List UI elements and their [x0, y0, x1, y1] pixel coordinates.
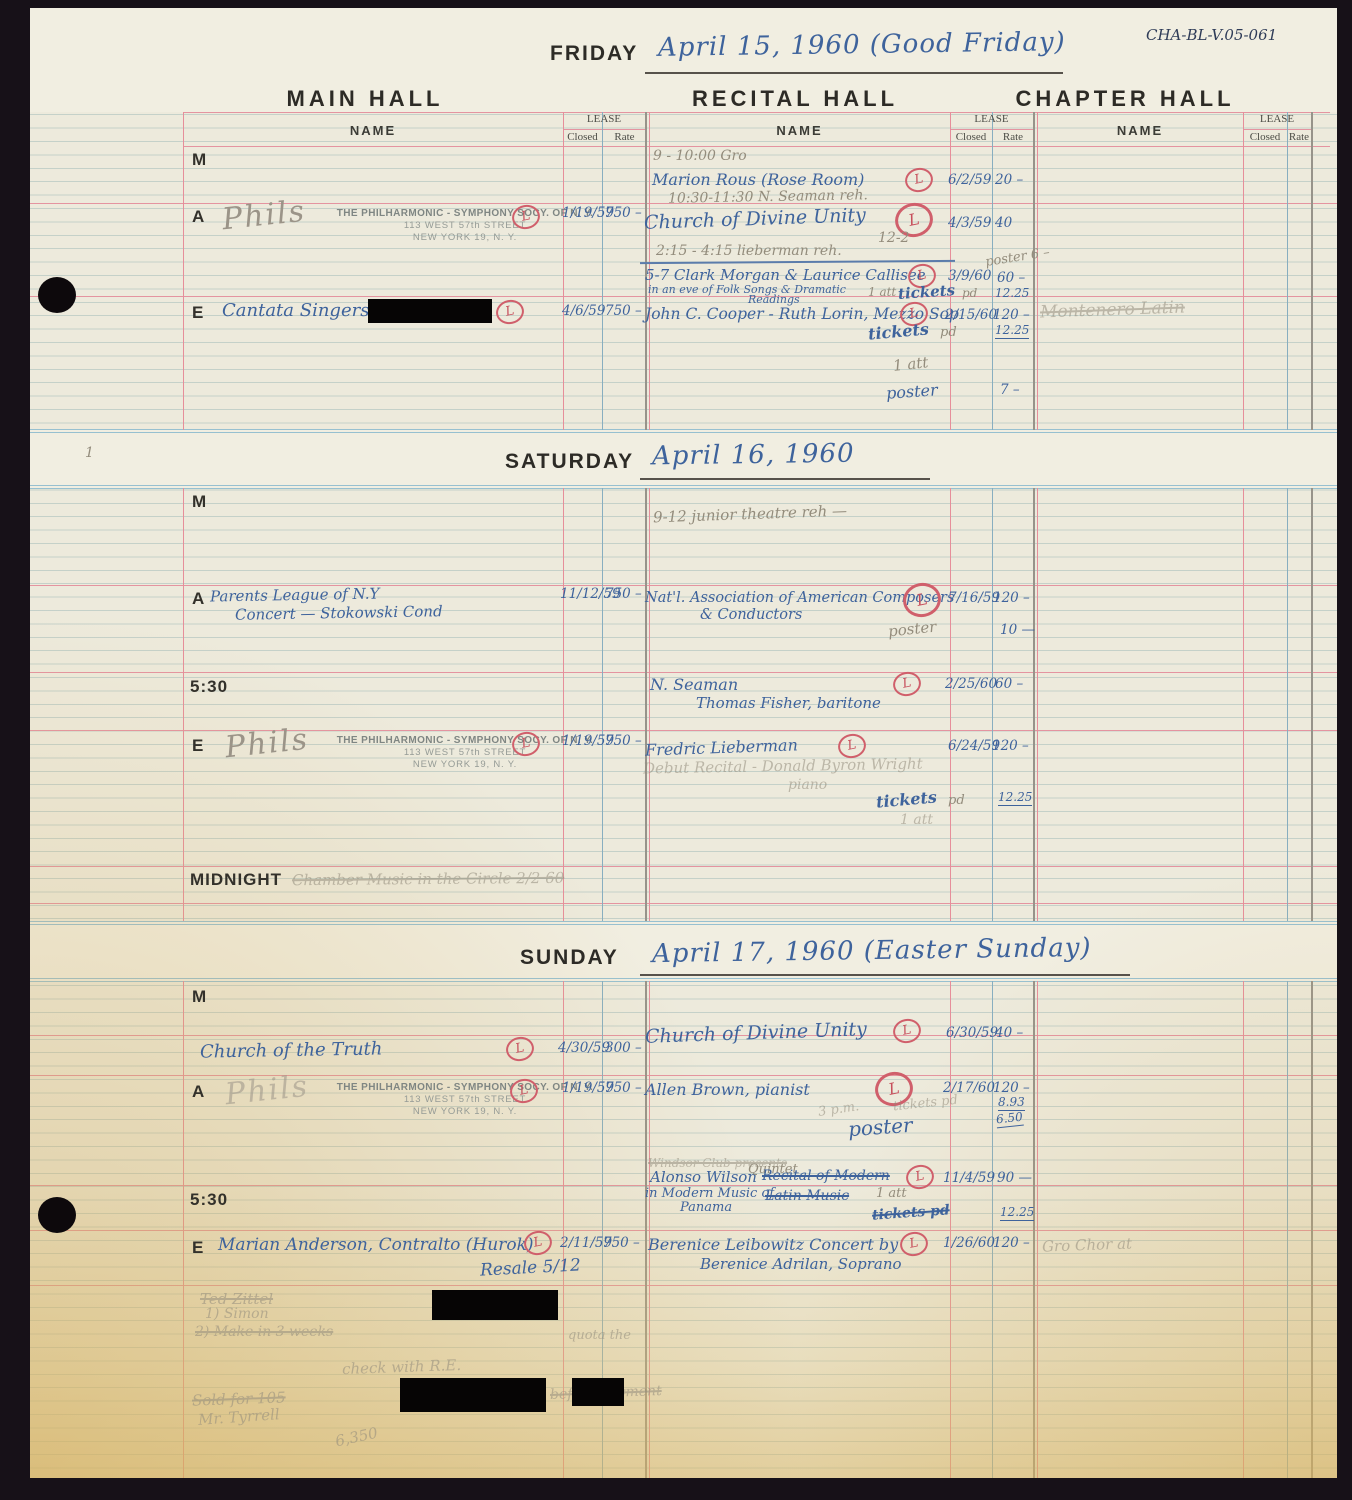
date-underline [645, 72, 1063, 74]
lease-rate: 750 – [605, 733, 642, 749]
lease-closed: 1/26/60 [943, 1235, 995, 1251]
tickets-rate: 12.25 [995, 286, 1029, 300]
attendance-note: 1 att [892, 353, 929, 375]
rule [1243, 112, 1244, 430]
lease-rate: 120 – [993, 307, 1030, 323]
main-lease-header: LEASE [563, 113, 645, 125]
lease-closed: 2/25/60 [945, 676, 997, 692]
saturday-label: SATURDAY [505, 450, 634, 474]
main-closed-header: Closed [563, 131, 602, 143]
rule [30, 585, 1337, 586]
lease-closed: 2/15/60 [945, 307, 997, 323]
entry-name: Church of the Truth [200, 1038, 383, 1062]
lease-closed: 4/3/59 [948, 215, 991, 231]
rule [1033, 981, 1035, 1478]
rule [1033, 112, 1035, 430]
margin-tick: 1 [85, 445, 94, 461]
rule [183, 981, 184, 1478]
lease-rate: 120 – [993, 1235, 1030, 1251]
entry-detail: Thomas Fisher, baritone [696, 694, 881, 712]
lease-closed: 11/4/59 [943, 1170, 995, 1186]
attendance-note: 1 att [900, 812, 933, 828]
rule [950, 981, 951, 1478]
main-rate-header: Rate [604, 131, 645, 143]
main-hall-title: MAIN HALL [240, 86, 490, 112]
rule [30, 978, 1337, 979]
rule [649, 981, 650, 1478]
entry-name: N. Seaman [650, 675, 738, 694]
rule [30, 488, 1337, 489]
lease-closed: 3/9/60 [948, 268, 991, 284]
rule [649, 488, 650, 921]
redaction-bar [432, 1290, 558, 1320]
friday-date: April 15, 1960 (Good Friday) [658, 27, 1066, 63]
saturday-a-label: A [192, 589, 205, 609]
attendance-note: 1 att [868, 285, 896, 299]
lease-rate: 120 – [993, 1080, 1030, 1096]
tickets-rate: 12.25 [995, 323, 1029, 339]
pencil-note: 1) Simon [205, 1306, 269, 1322]
rule [30, 432, 1337, 433]
chapter-hall-title: CHAPTER HALL [1000, 86, 1250, 112]
lease-rate: 90 — [997, 1170, 1032, 1186]
rule [563, 129, 645, 130]
rule [992, 981, 993, 1478]
redaction-bar [400, 1378, 546, 1412]
rule [602, 488, 603, 921]
recital-name-header: NAME [649, 123, 950, 138]
recital-rate-header: Rate [993, 131, 1033, 143]
recital-lease-header: LEASE [950, 113, 1033, 125]
chapter-closed-header: Closed [1243, 131, 1287, 143]
stamp-line3: NEW YORK 19, N. Y. [300, 232, 630, 244]
rule [183, 112, 184, 430]
rule [30, 672, 1337, 673]
rule [950, 488, 951, 921]
friday-a-label: A [192, 207, 205, 227]
scratched-entry: Latin Music [765, 1188, 849, 1204]
time-note: 12-2 [878, 230, 909, 246]
paid-note: pd [940, 325, 957, 340]
poster-note: poster [885, 380, 938, 403]
rate-note: 8.93 [998, 1095, 1025, 1111]
rule [1243, 488, 1244, 921]
lease-closed: 6/2/59 [948, 172, 991, 188]
entry-name: Parents League of N.Y [210, 585, 380, 606]
rule [1037, 488, 1038, 921]
lease-rate: 750 – [605, 303, 642, 319]
lease-rate: 300 – [605, 1040, 642, 1056]
entry-name: Berenice Leibowitz Concert by [648, 1235, 898, 1254]
tickets-rate: 12.25 [1000, 1205, 1034, 1221]
rule [1287, 981, 1288, 1478]
rule [992, 112, 993, 430]
chapter-rate-header: Rate [1286, 131, 1312, 143]
poster-note: poster [847, 1113, 913, 1141]
friday-m-label: M [192, 150, 207, 170]
rule [602, 112, 603, 430]
lease-rate: 20 – [995, 172, 1023, 188]
redaction-bar [368, 299, 492, 323]
entry-name: Marian Anderson, Contralto (Hurok) [218, 1235, 534, 1255]
sunday-530-label: 5:30 [190, 1190, 228, 1210]
rule [1311, 981, 1313, 1478]
chapter-lease-header: LEASE [1243, 113, 1311, 125]
pencil-note: quota the [568, 1328, 631, 1343]
rule [1033, 488, 1035, 921]
entry-detail: in an eve of Folk Songs & Dramatic [648, 283, 846, 296]
entry-detail: Berenice Adrilan, Soprano [700, 1255, 902, 1273]
recital-hall-title: RECITAL HALL [665, 86, 925, 112]
entry-name: Alonso Wilson [650, 1168, 757, 1186]
lease-closed: 4/6/59 [562, 303, 605, 319]
date-underline [640, 974, 1130, 976]
paid-note: pd [948, 793, 965, 808]
rule [992, 488, 993, 921]
rule [563, 488, 564, 921]
rule [1287, 488, 1288, 921]
rule [30, 429, 1337, 430]
scratched-entry: Recital of Modern [762, 1168, 890, 1184]
sunday-e-label: E [192, 1238, 204, 1258]
sunday-m-label: M [192, 987, 207, 1007]
rule [30, 1285, 1337, 1286]
lease-rate: 40 – [995, 1025, 1023, 1041]
scratched-entry: Chamber Music in the Circle 2/2 60 [292, 869, 564, 889]
entry-name: Allen Brown, pianist [645, 1080, 810, 1099]
reh-note: 2:15 - 4:15 lieberman reh. [656, 243, 842, 259]
saturday-e-label: E [192, 736, 204, 756]
sunday-label: SUNDAY [520, 946, 619, 970]
main-name-header: NAME [183, 123, 563, 138]
pencil-note: 2) Make in 3 weeks [195, 1324, 333, 1340]
recital-closed-header: Closed [950, 131, 992, 143]
rate-note: 6.50 [995, 1110, 1023, 1129]
lease-closed: 6/30/59 [946, 1025, 998, 1041]
friday-e-label: E [192, 303, 204, 323]
friday-label: FRIDAY [550, 42, 638, 66]
stamp-line3: NEW YORK 19, N. Y. [300, 1106, 630, 1118]
entry-detail: piano [788, 777, 827, 793]
redaction-bar [572, 1378, 624, 1406]
lease-rate: 60 – [997, 270, 1025, 286]
punch-hole [38, 277, 76, 313]
rule [30, 1075, 1337, 1076]
rule [563, 112, 564, 430]
reference-code: CHA-BL-V.05-061 [1146, 26, 1277, 44]
rule [30, 866, 1337, 867]
lease-rate: 750 – [605, 1080, 642, 1096]
punch-hole [38, 1197, 76, 1233]
lease-rate: 40 [995, 215, 1012, 231]
poster-rate: 7 – [1000, 382, 1020, 398]
entry-detail: in Modern Music of [645, 1186, 774, 1201]
pencil-note: Gro Chor at [1042, 1234, 1133, 1255]
entry-name: Cantata Singers [222, 300, 369, 321]
rule [30, 1230, 1337, 1231]
lease-rate: 120 – [993, 590, 1030, 606]
rule [30, 296, 1337, 297]
chapter-name-header: NAME [1037, 123, 1243, 138]
date-underline [640, 478, 930, 480]
lease-closed: 4/30/59 [558, 1040, 610, 1056]
attendance-note: 1 att [876, 1186, 907, 1201]
sunday-a-label: A [192, 1082, 205, 1102]
lease-rate: 750 – [603, 1235, 640, 1251]
rule [1243, 129, 1311, 130]
rule [30, 924, 1337, 925]
poster-rate: 10 — [1000, 622, 1035, 638]
entry-name: Marion Rous (Rose Room) [652, 170, 864, 189]
saturday-530-label: 5:30 [190, 677, 228, 697]
rule [183, 488, 184, 921]
entry-detail: & Conductors [700, 607, 802, 623]
stamp-line3: NEW YORK 19, N. Y. [300, 759, 630, 771]
rule [30, 485, 1337, 486]
rule [1311, 112, 1313, 430]
lease-rate: 60 – [995, 676, 1023, 692]
stamp-line2: 113 WEST 57th STREET [300, 220, 630, 232]
saturday-midnight-label: MIDNIGHT [190, 870, 282, 890]
tickets-rate: 12.25 [998, 790, 1032, 806]
saturday-date: April 16, 1960 [652, 439, 855, 472]
rule [30, 903, 1337, 904]
lease-rate: 120 – [992, 738, 1029, 754]
entry-detail: Panama [680, 1200, 732, 1215]
entry-name: 5-7 Clark Morgan & Laurice Callisee [645, 266, 926, 284]
paid-note: pd [962, 286, 977, 300]
reh-note: 9 - 10:00 Gro [653, 148, 747, 164]
rule [645, 488, 647, 921]
rule [183, 112, 1330, 113]
rule [183, 146, 1330, 147]
rule [30, 981, 1337, 982]
rule [1037, 112, 1038, 430]
lease-rate: 750 – [605, 586, 642, 602]
sunday-date: April 17, 1960 (Easter Sunday) [652, 933, 1092, 969]
rule [1311, 488, 1313, 921]
rule [1243, 981, 1244, 1478]
rule [30, 921, 1337, 922]
saturday-m-label: M [192, 492, 207, 512]
entry-detail: Concert — Stokowski Cond [235, 602, 443, 624]
rule [1037, 981, 1038, 1478]
lease-rate: 750 – [605, 205, 642, 221]
rule [1287, 112, 1288, 430]
rule [645, 981, 647, 1478]
